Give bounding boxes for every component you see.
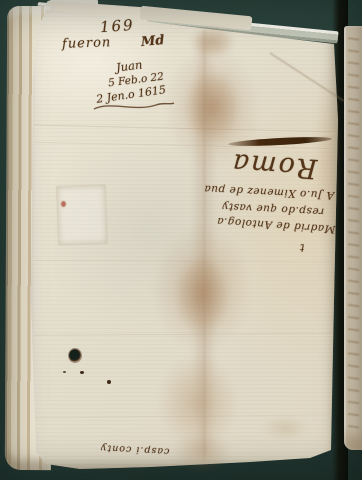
damp-stain <box>185 70 240 145</box>
wormhole <box>69 349 81 362</box>
archival-photo: 169 fueron Md Juan 5 Feb.o 22 2 Jen.o 16… <box>0 0 362 480</box>
folio-number: 169 <box>99 16 135 36</box>
ink-speck <box>80 371 84 374</box>
damp-stain <box>172 433 232 471</box>
ink-speck <box>107 380 111 384</box>
archivist-note-word: fueron <box>62 35 112 52</box>
damp-stain <box>190 26 235 58</box>
damp-stain <box>175 255 230 335</box>
stray-ink-mark: t <box>300 241 304 254</box>
ink-speck <box>63 371 66 373</box>
reversed-address-heading: Roma <box>225 141 324 190</box>
ink-flourish <box>92 101 176 113</box>
seal-impression <box>56 184 108 246</box>
adjacent-page-ink-traces <box>348 36 359 432</box>
red-wax-trace <box>61 201 66 207</box>
edge-stain <box>262 416 308 440</box>
archivist-note-abbreviation: Md <box>140 33 165 50</box>
adjacent-page-edge <box>344 26 362 450</box>
